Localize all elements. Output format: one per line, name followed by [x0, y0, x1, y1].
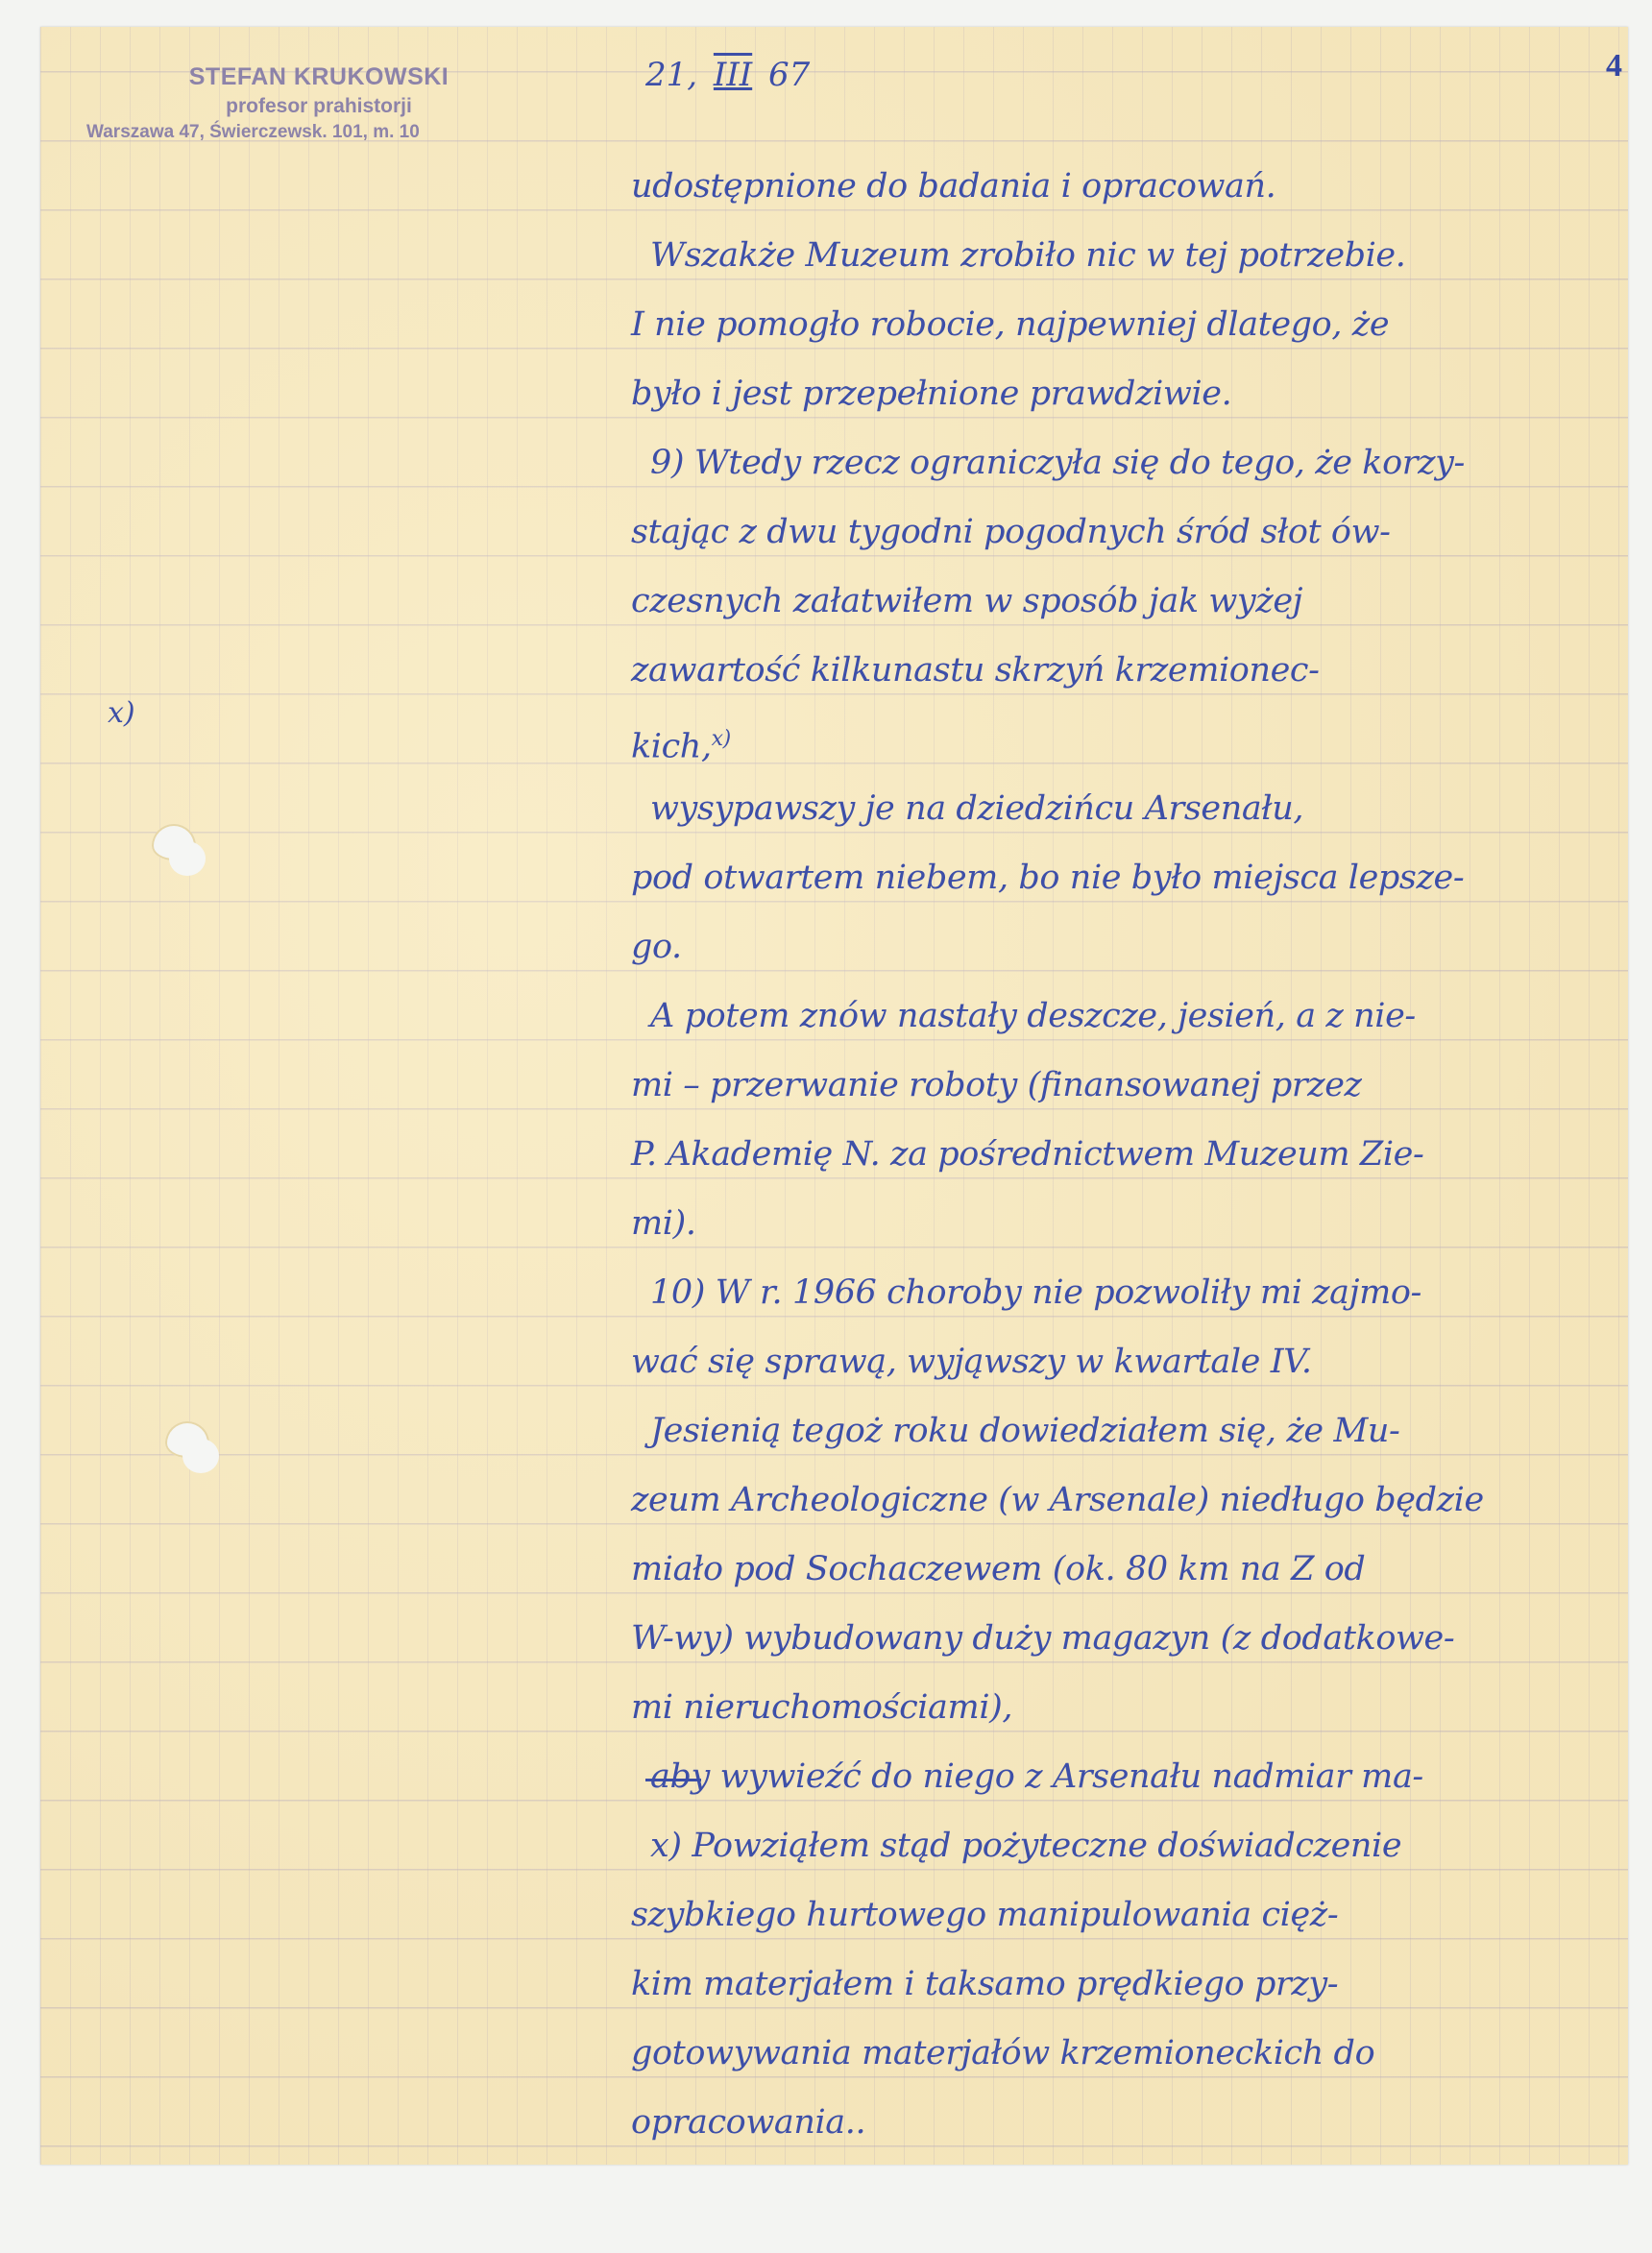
- text-line: 9) Wtedy rzecz ograniczyła się do tego, …: [631, 428, 1652, 497]
- date-month: III: [714, 56, 752, 94]
- letterhead-stamp: STEFAN KRUKOWSKI profesor prahistorji Wa…: [69, 63, 569, 143]
- text-line: I nie pomogło robocie, najpewniej dlateg…: [631, 290, 1652, 359]
- text-line: go.: [631, 912, 1652, 981]
- text-line: miało pod Sochaczewem (ok. 80 km na Z od: [631, 1535, 1652, 1604]
- letterhead-title: profesor prahistorji: [69, 95, 569, 118]
- letterhead-address: Warszawa 47, Świerczewsk. 101, m. 10: [69, 122, 569, 143]
- text-line: kich,x): [631, 705, 1652, 774]
- footnote-line: kim materjałem i taksamo prędkiego przy-: [631, 1950, 1652, 2019]
- text-line: aby wywieźć do niego z Arsenału nadmiar …: [631, 1742, 1652, 1811]
- footnote-ref: x): [712, 727, 731, 751]
- letter-page: STEFAN KRUKOWSKI profesor prahistorji Wa…: [40, 27, 1628, 2165]
- date-year: 67: [768, 56, 810, 94]
- footnote-line: opracowania..: [631, 2088, 1652, 2157]
- punch-hole: [152, 824, 196, 860]
- text-line: P. Akademię N. za pośrednictwem Muzeum Z…: [631, 1120, 1652, 1189]
- text-line: mi – przerwanie roboty (finansowanej prz…: [631, 1051, 1652, 1120]
- text-line: mi).: [631, 1189, 1652, 1258]
- text-line: stając z dwu tygodni pogodnych śród słot…: [631, 497, 1652, 567]
- handwritten-body: udostępnione do badania i opracowań. Wsz…: [631, 152, 1652, 2157]
- text-line: udostępnione do badania i opracowań.: [631, 152, 1652, 221]
- text-line: zeum Archeologiczne (w Arsenale) niedług…: [631, 1466, 1652, 1535]
- text-line: zawartość kilkunastu skrzyń krzemionec-: [631, 636, 1652, 705]
- text-line: A potem znów nastały deszcze, jesień, a …: [631, 981, 1652, 1051]
- text-line: pod otwartem niebem, bo nie było miejsca…: [631, 843, 1652, 912]
- letter-date: 21, III 67: [645, 56, 810, 94]
- text-line-content: kich,: [631, 728, 712, 766]
- date-day: 21: [645, 56, 687, 94]
- text-line: wać się sprawą, wyjąwszy w kwartale IV.: [631, 1327, 1652, 1396]
- text-line: Jesienią tegoż roku dowiedziałem się, że…: [631, 1396, 1652, 1466]
- footnote-line: x) Powziąłem stąd pożyteczne doświadczen…: [631, 1811, 1652, 1880]
- letterhead-name: STEFAN KRUKOWSKI: [69, 63, 569, 91]
- page-number: 4: [1606, 48, 1622, 85]
- text-line: 10) W r. 1966 choroby nie pozwoliły mi z…: [631, 1258, 1652, 1327]
- footnote-line: gotowywania materjałów krzemioneckich do: [631, 2019, 1652, 2088]
- text-line: Wszakże Muzeum zrobiło nic w tej potrzeb…: [631, 221, 1652, 290]
- text-line: mi nieruchomościami),: [631, 1673, 1652, 1742]
- text-line: W-wy) wybudowany duży magazyn (z dodatko…: [631, 1604, 1652, 1673]
- footnote-separator-rule: [645, 1779, 701, 1781]
- text-line: było i jest przepełnione prawdziwie.: [631, 359, 1652, 428]
- text-line: czesnych załatwiłem w sposób jak wyżej: [631, 567, 1652, 636]
- footnote-line: szybkiego hurtowego manipulowania cięż-: [631, 1880, 1652, 1950]
- footnote-margin-marker: x): [108, 696, 135, 730]
- punch-hole: [165, 1421, 209, 1458]
- text-line: wysypawszy je na dziedzińcu Arsenału,: [631, 774, 1652, 843]
